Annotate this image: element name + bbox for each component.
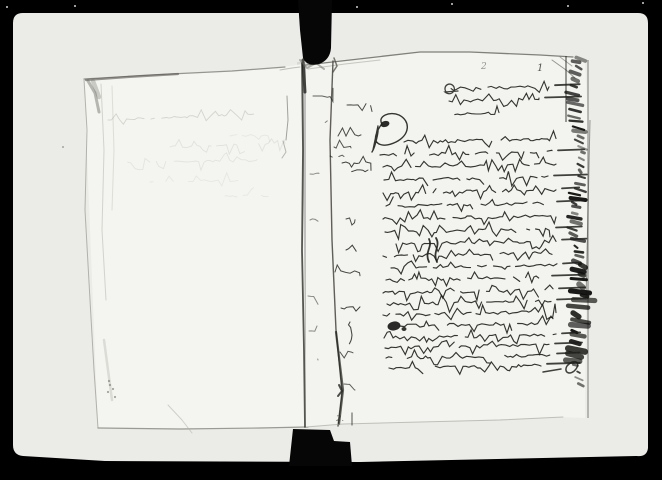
sheet-mark [62, 146, 64, 148]
stain-dot [109, 384, 111, 386]
speck [642, 2, 644, 4]
line-end-dash [558, 149, 584, 150]
edge-ink [573, 61, 580, 62]
edge-ink [582, 152, 585, 153]
line-end-dash [555, 84, 580, 85]
edge-ink [576, 255, 583, 257]
speck [74, 5, 76, 7]
line-end-dash [563, 263, 578, 264]
edge-ink [571, 325, 588, 326]
edge-ink [576, 183, 585, 185]
line-end-dash [554, 175, 587, 176]
stain-dot [112, 388, 114, 390]
edge-ink [573, 79, 578, 81]
binding-strap-top [298, 0, 332, 65]
edge-ink [577, 372, 580, 373]
speck [567, 5, 569, 7]
left-page-blank-verso [84, 64, 306, 433]
edge-ink [571, 279, 586, 280]
edge-ink [572, 269, 584, 272]
line-end-dash [545, 97, 581, 98]
folio-mark-bottom-2: 2. [335, 414, 344, 424]
edge-ink [572, 221, 581, 223]
edge-ink [573, 313, 579, 317]
speck [6, 6, 8, 8]
stain-dot [108, 380, 110, 382]
right-page-paper [306, 52, 588, 427]
stain-dot [114, 396, 116, 398]
line-end-dash [557, 201, 580, 202]
edge-ink [575, 251, 583, 252]
edge-ink [568, 353, 582, 357]
edge-ink [582, 295, 588, 297]
edge-ink [570, 121, 583, 122]
archival-manuscript-scan: 2 1 2. [0, 0, 662, 480]
line-end-dash [556, 227, 582, 228]
edge-ink [572, 334, 585, 336]
edge-ink [572, 213, 577, 214]
edge-ink [579, 170, 581, 173]
edge-ink [580, 265, 585, 268]
edge-ink [568, 306, 588, 308]
line-end-dash [562, 332, 580, 333]
edge-ink [570, 291, 589, 293]
edge-ink [568, 99, 578, 101]
line-end-dash [555, 343, 582, 344]
edge-ink [568, 348, 585, 351]
line-end-dash [562, 239, 586, 240]
line-end-dash [557, 353, 580, 354]
stain-dot [107, 391, 109, 393]
line-end-dash [552, 275, 584, 276]
line-end-dash [559, 287, 585, 288]
left-page-paper [84, 64, 306, 429]
right-page-recto [300, 52, 588, 427]
edge-ink [573, 300, 594, 301]
folio-number-1: 1 [537, 63, 543, 74]
edge-ink [568, 217, 581, 219]
folio-number-faint-2: 2 [480, 62, 487, 72]
line-end-dash [557, 299, 585, 300]
edge-ink [573, 206, 580, 207]
edge-ink [573, 131, 585, 132]
line-end-dash [547, 363, 580, 364]
line-end-dash [562, 187, 579, 188]
ink-blob [402, 327, 407, 331]
speck [356, 6, 358, 8]
speck [451, 3, 453, 5]
scan-image: 2 1 2. [0, 0, 662, 480]
